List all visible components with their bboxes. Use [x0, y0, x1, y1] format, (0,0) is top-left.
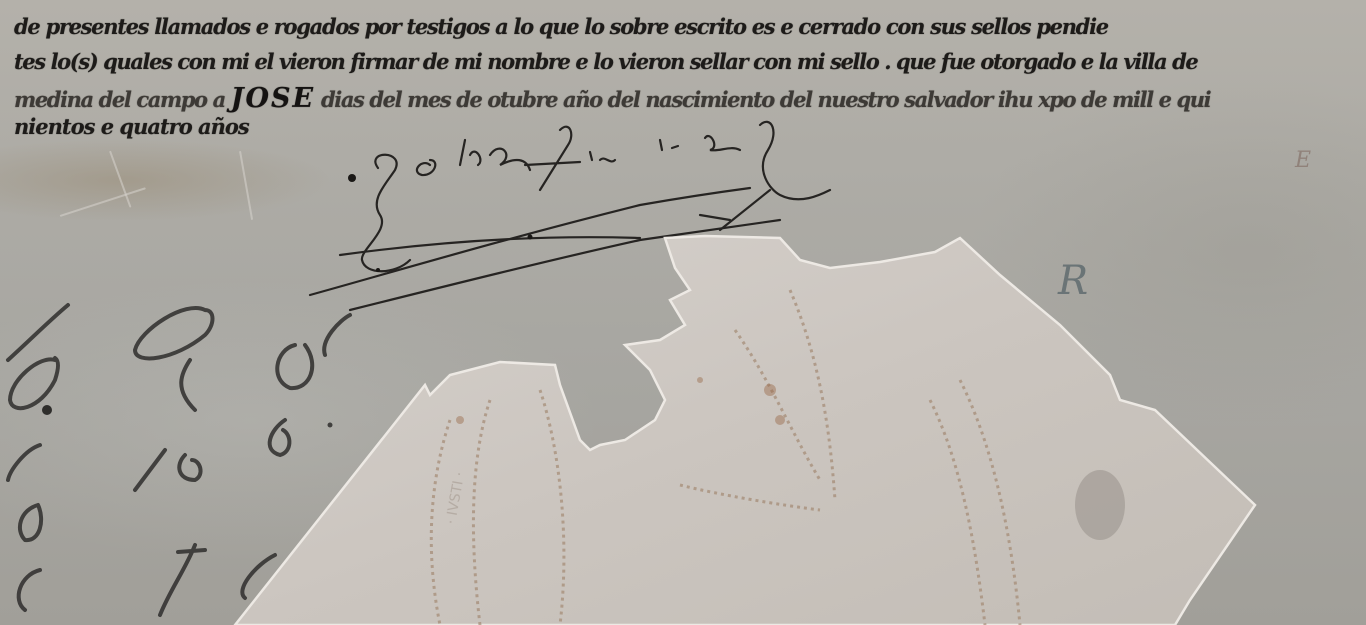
paper-seal: · IVSTI · — [0, 0, 1366, 625]
